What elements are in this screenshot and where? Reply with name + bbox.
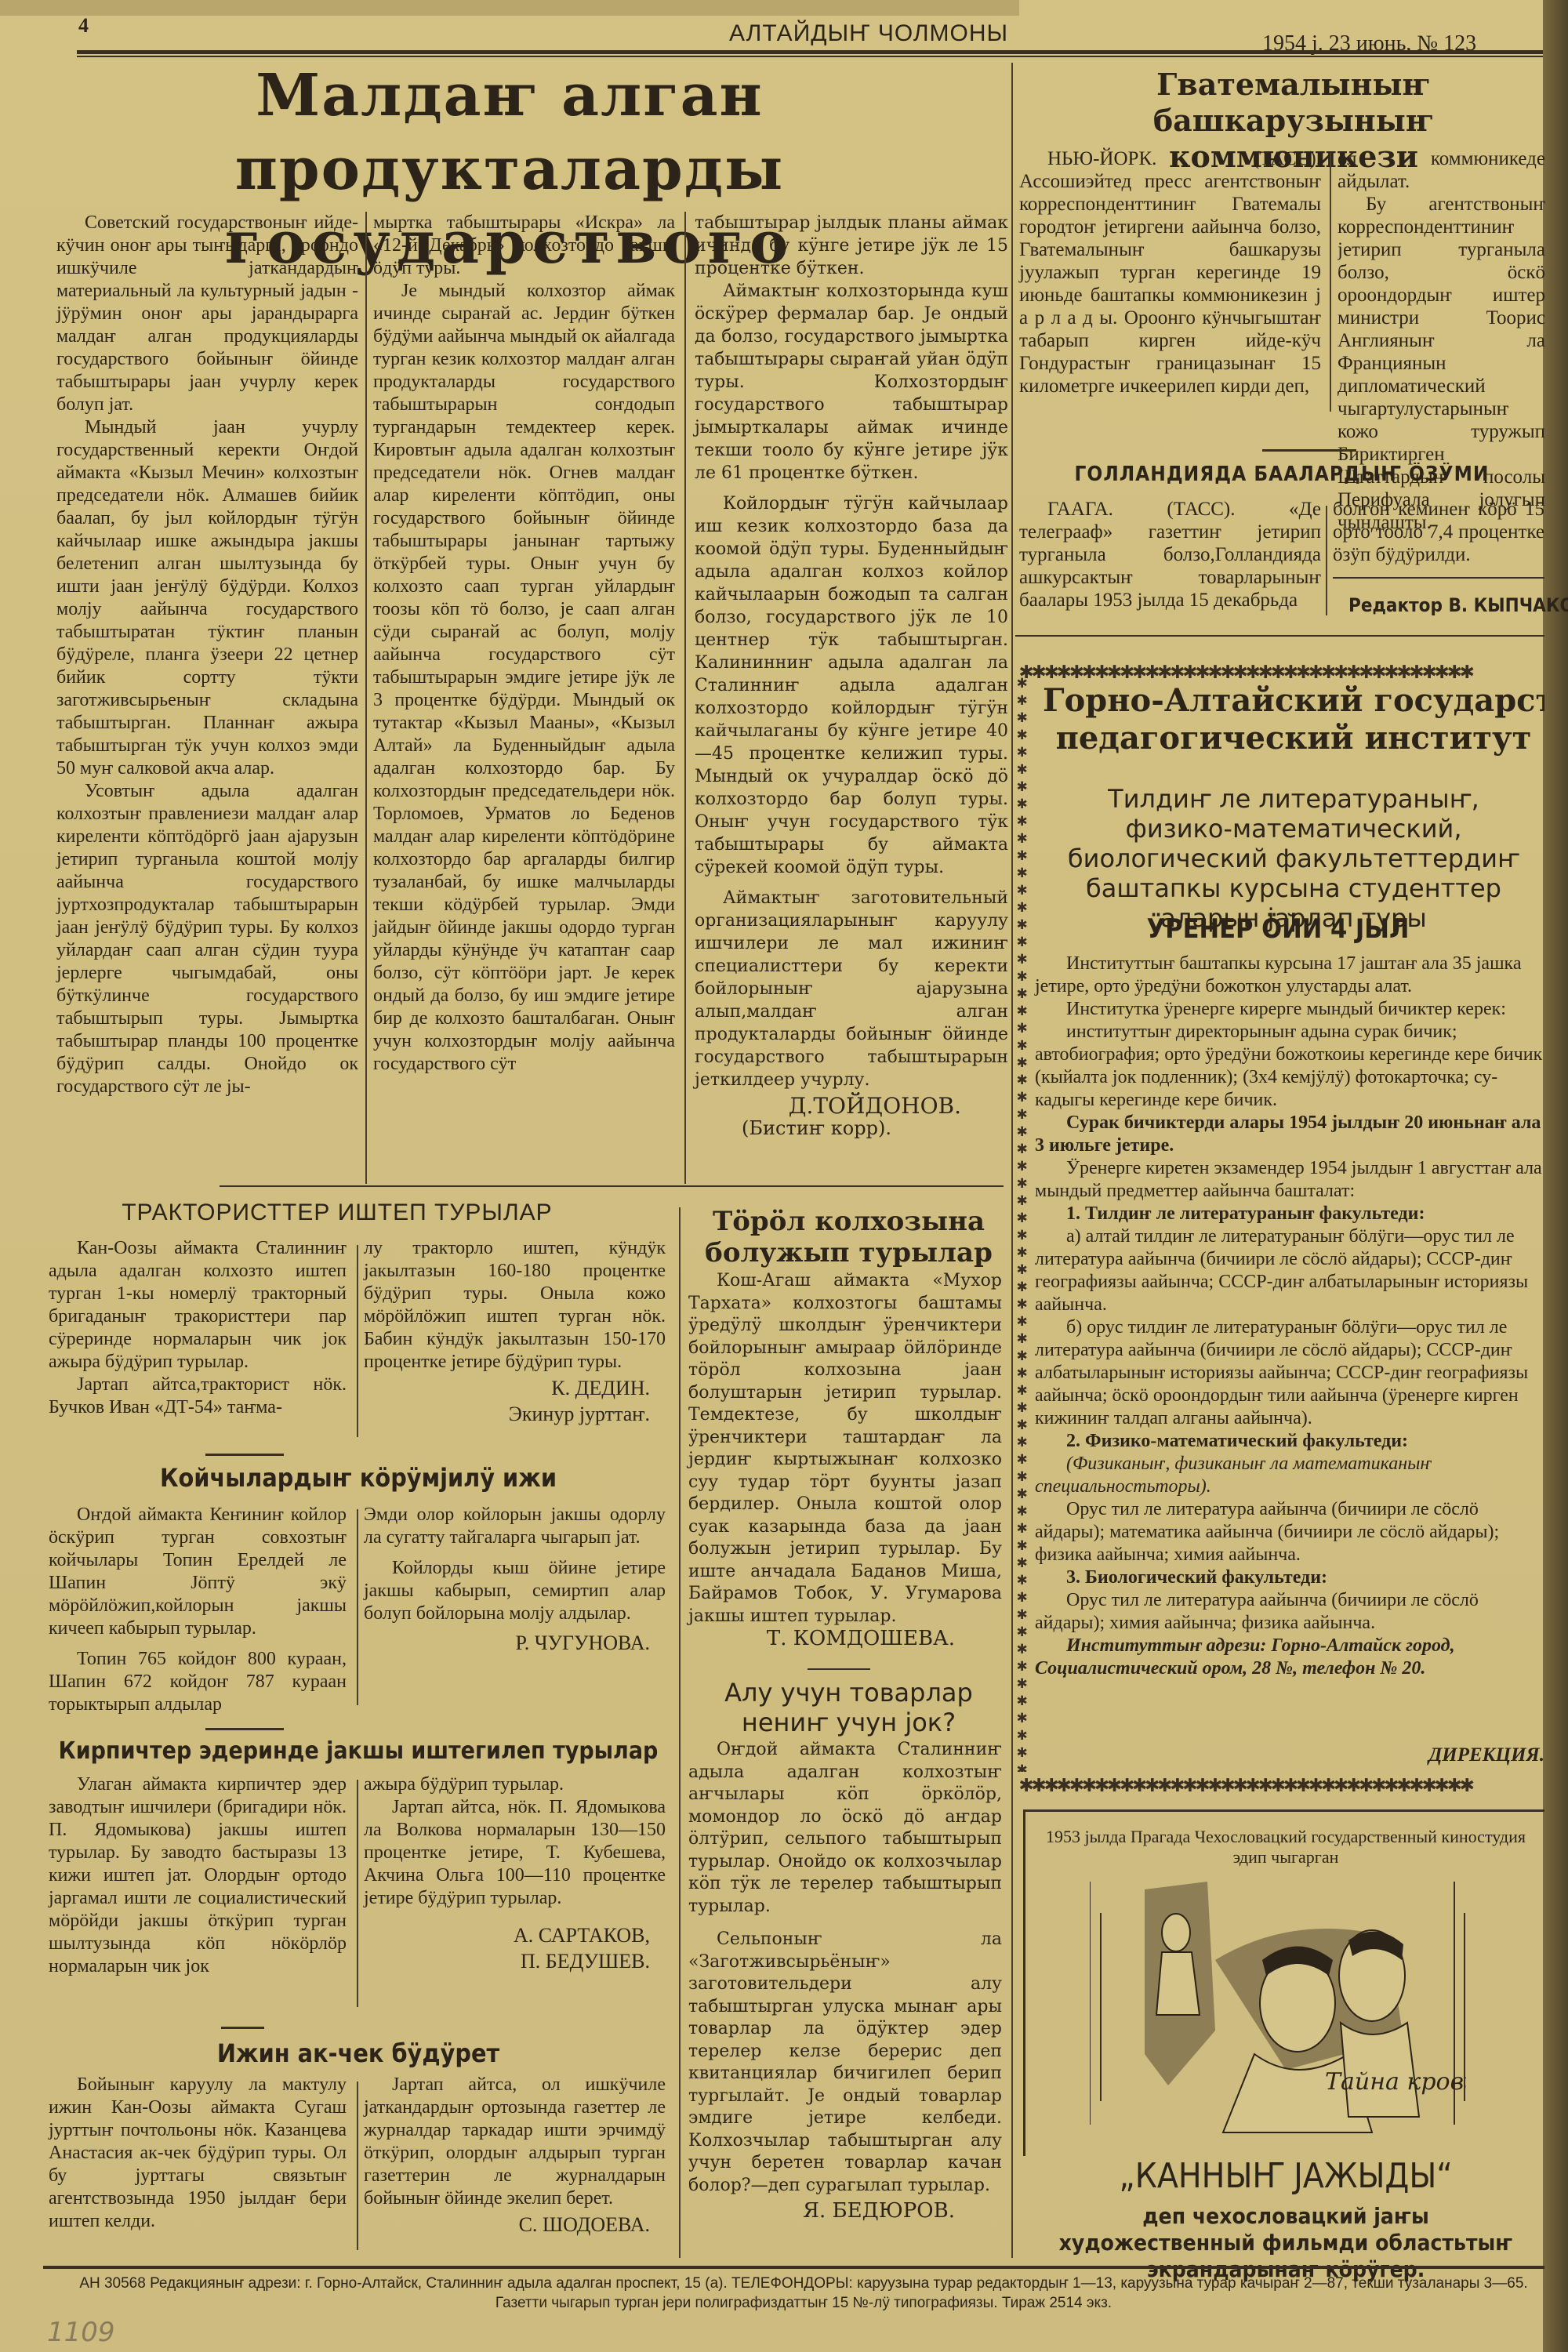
paragraph: ГААГА. (ТАСС). «Де телеграаф» газеттиҥ ј… [1019, 498, 1321, 612]
paragraph: лу тракторло иштеп, кӱндӱк јакылтазын 16… [364, 1237, 666, 1374]
paragraph: Кош-Агаш аймакта «Мухор Тархата» колхозт… [688, 1270, 1002, 1628]
paragraph: Аймактыҥ заготовительный организациялары… [695, 887, 1008, 1091]
goods-headline: Алу учун товарлар нениҥ учун јок? [686, 1678, 1011, 1737]
column-divider [357, 1245, 358, 1437]
bricks-headline: Кирпичтер эдеринде јакшы иштегилеп турыл… [49, 1737, 668, 1765]
institute-title-line2: педагогический институт [1043, 720, 1544, 757]
institute-title: Горно-Алтайский государственный педагоги… [1043, 682, 1544, 757]
goods-headline-line1: Алу учун товарлар [686, 1678, 1011, 1708]
institute-paragraph: 3. Биологический факультеди: [1035, 1566, 1544, 1589]
author-signature: Т. КОМДОШЕВА. [688, 1628, 1002, 1650]
institute-paragraph: Сурак бичиктерди алары 1954 јылдыҥ 20 ию… [1035, 1112, 1544, 1157]
section-rule [205, 1454, 284, 1456]
institute-signature: ДИРЕКЦИЯ. [1333, 1744, 1544, 1766]
torol-headline: Тӧрӧл колхозына болужып турылар [686, 1206, 1011, 1269]
section-rule [1262, 449, 1356, 452]
torol-body: Кош-Агаш аймакта «Мухор Тархата» колхозт… [688, 1270, 1002, 1650]
institute-paragraph: а) алтай тилдиҥ ле литератураныҥ бӧлӱги—… [1035, 1225, 1544, 1316]
institute-paragraph: Институттыҥ адрези: Горно-Алтайск город,… [1035, 1635, 1544, 1680]
column-divider [1330, 153, 1331, 412]
author-signature: Я. БЕДЮРОВ. [688, 2200, 1002, 2223]
main-article-col1: Советский государствоныҥ ийде-кӱчин оноҥ… [56, 212, 358, 1098]
holland-col1: ГААГА. (ТАСС). «Де телеграаф» газеттиҥ ј… [1019, 498, 1321, 612]
institute-paragraph: Ӱренерге киретен экзамендер 1954 јылдыҥ … [1035, 1157, 1544, 1203]
paragraph: ажыра бӱдӱрип турылар. [364, 1773, 666, 1796]
poster-script-text: Тайна крови [1325, 2068, 1466, 2096]
paragraph: Аймактыҥ колхозторында куш ӧскӱрер ферма… [695, 280, 1008, 485]
paragraph: болгон кеминеҥ кӧрӧ 15 орто тооло 7,4 пр… [1333, 498, 1544, 566]
editor-credit: Редактор В. КЫПЧАКОВ. [1348, 594, 1568, 616]
masthead-rule [77, 50, 1543, 54]
page-number: 4 [78, 14, 89, 38]
paragraph: НЬЮ-ЙОРК. (ТАСС). Ассошиэйтед пресс аген… [1019, 147, 1321, 397]
post-col2: Јартап айтса, ол ишкӱчиле јаткандардыҥ о… [364, 2074, 666, 2236]
handwritten-archive-number: 1109 [47, 2317, 115, 2348]
paragraph: Сельпоныҥ ла «Заготживсырьёныҥ» заготови… [688, 1929, 1002, 2197]
paragraph: Койлорды кыш ӧйине јетире јакшы кабырып,… [364, 1557, 666, 1625]
author-note: Экинур јурттаҥ. [364, 1403, 666, 1425]
guatemala-headline-line1: Гватемалыныҥ башкарузыныҥ [1043, 67, 1544, 139]
paragraph: Бойыныҥ каруулу ла мактулу ижин Кан-Оозы… [49, 2074, 347, 2233]
institute-details: Институттыҥ баштапкы курсына 17 јаштаҥ а… [1035, 953, 1544, 1680]
film-caption: 1953 јылда Прагада Чехословацкий государ… [1043, 1827, 1529, 1867]
paragraph: Оҥдой аймакта Кеҥиниҥ койлор ӧскӱрип тур… [49, 1504, 347, 1640]
column-divider [357, 1509, 358, 1705]
column-divider [357, 2082, 358, 2250]
holland-col2: болгон кеминеҥ кӧрӧ 15 орто тооло 7,4 пр… [1333, 498, 1544, 566]
paragraph: табыштырар јылдык планы аймак ичинде бу … [695, 212, 1008, 280]
post-headline: Ижин ак-чек бӱдӱрет [49, 2038, 668, 2068]
tractor-col2: лу тракторло иштеп, кӱндӱк јакылтазын 16… [364, 1237, 666, 1425]
tractor-headline: ТРАКТОРИСТТЕР ИШТЕП ТУРЫЛАР [110, 1200, 564, 1226]
section-rule [808, 1668, 870, 1670]
paragraph: Јартап айтса, ол ишкӱчиле јаткандардыҥ о… [364, 2074, 666, 2210]
torol-headline-line1: Тӧрӧл колхозына [686, 1206, 1011, 1237]
paragraph: мыртка табыштырары «Искра» ла «12-й Дека… [373, 212, 675, 280]
author-signature: А. САРТАКОВ, [364, 1924, 666, 1947]
imprint-footer: АН 30568 Редакцияныҥ адрези: г. Горно-Ал… [63, 2274, 1544, 2313]
star-border-bottom: ✱✱✱✱✱✱✱✱✱✱✱✱✱✱✱✱✱✱✱✱✱✱✱✱✱✱✱✱✱✱✱✱✱✱✱✱ [1019, 1770, 1544, 1798]
shepherds-col1: Оҥдой аймакта Кеҥиниҥ койлор ӧскӱрип тур… [49, 1504, 347, 1716]
section-rule [1015, 635, 1544, 637]
section-rule [1333, 577, 1544, 579]
column-divider [684, 212, 686, 1184]
institute-paragraph: б) орус тилдиҥ ле литератураныҥ бӧлӱги—о… [1035, 1316, 1544, 1430]
column-divider [1326, 506, 1327, 615]
institute-title-line1: Горно-Алтайский государственный [1043, 682, 1544, 720]
institute-paragraph: Институттыҥ баштапкы курсына 17 јаштаҥ а… [1035, 953, 1544, 998]
main-article-col2: мыртка табыштырары «Искра» ла «12-й Дека… [373, 212, 675, 1076]
section-rule [676, 1185, 728, 1187]
section-rule [220, 1185, 1004, 1187]
paragraph: Кан-Оозы аймакта Сталинниҥ адыла адалган… [49, 1237, 347, 1374]
shepherds-col2: Эмди олор койлорын јакшы одорлу ла сугат… [364, 1504, 666, 1654]
page-fold [0, 0, 1019, 16]
institute-paragraph: институттыҥ директорыныҥ адына сурак бич… [1035, 1021, 1544, 1112]
paragraph: Эмди олор койлорын јакшы одорлу ла сугат… [364, 1504, 666, 1549]
masthead-rule-thin [77, 56, 1543, 57]
column-divider [679, 1207, 681, 2258]
paragraph: Је мындый колхозтор аймак ичинде сыраҥай… [373, 280, 675, 1076]
paragraph: ол коммюникеде айдылат. [1338, 147, 1545, 193]
film-title: „КАННЫҤ ЈАЖЫДЫ“ [1043, 2156, 1529, 2196]
paragraph: Оҥдой аймакта Сталинниҥ адыла адалган ко… [688, 1739, 1002, 1918]
paragraph: Улаган аймакта кирпичтер эдер заводтыҥ и… [49, 1773, 347, 1978]
main-article-col3: табыштырар јылдык планы аймак ичинде бу … [695, 212, 1008, 1140]
institute-paragraph: 1. Тилдиҥ ле литератураныҥ факультеди: [1035, 1203, 1544, 1225]
institute-paragraph: Орус тил ле литература аайынча (бичиири … [1035, 1498, 1544, 1566]
goods-headline-line2: нениҥ учун јок? [686, 1708, 1011, 1737]
film-poster-illustration: Тайна крови [1090, 1866, 1466, 2140]
film-description: деп чехословацкий јаҥы художественный фи… [1043, 2203, 1529, 2283]
star-border-left: ✱✱✱✱✱✱✱✱✱✱✱✱✱✱✱✱✱✱✱✱✱✱✱✱✱✱✱✱✱✱✱✱✱✱✱✱✱✱✱✱… [1017, 674, 1034, 1772]
tractor-col1: Кан-Оозы аймакта Сталинниҥ адыла адалган… [49, 1237, 347, 1419]
newspaper-page: 4 АЛТАЙДЫҤ ЧОЛМОНЫ 1954 ј. 23 июнь, № 12… [0, 0, 1568, 2352]
bricks-col1: Улаган аймакта кирпичтер эдер заводтыҥ и… [49, 1773, 347, 1978]
institute-paragraph: Институтка ӱренерге кирерге мындый бичик… [1035, 998, 1544, 1021]
holland-headline: ГОЛЛАНДИЯДА БААЛАРДЫҤ ӦЗӰМИ [1019, 463, 1544, 486]
paragraph: Советский государствоныҥ ийде-кӱчин оноҥ… [56, 212, 358, 416]
study-duration: ӰРЕНЕР ӦЙИ 4 ЈЫЛ [1043, 913, 1513, 945]
author-signature: Р. ЧУГУНОВА. [364, 1632, 666, 1654]
author-signature: Д.ТОЙДОНОВ. [695, 1094, 1008, 1117]
torol-headline-line2: болужып турылар [686, 1237, 1011, 1269]
star-border-top: ✱✱✱✱✱✱✱✱✱✱✱✱✱✱✱✱✱✱✱✱✱✱✱✱✱✱✱✱✱✱✱✱✱✱✱✱ [1019, 657, 1544, 684]
section-rule [221, 2027, 264, 2029]
post-col1: Бойыныҥ каруулу ла мактулу ижин Кан-Оозы… [49, 2074, 347, 2233]
paragraph: Койлордыҥ тӱгӱн кайчылаар иш кезик колхо… [695, 492, 1008, 879]
author-signature: С. ШОДОЕВА. [364, 2213, 666, 2236]
footer-rule [43, 2266, 1544, 2269]
bricks-col2: ажыра бӱдӱрип турылар. Јартап айтса, нӧк… [364, 1773, 666, 1973]
paragraph: Топин 765 койдоҥ 800 кураан, Шапин 672 к… [49, 1648, 347, 1716]
author-signature: П. БЕДУШЕВ. [364, 1950, 666, 1973]
shepherds-headline: Койчылардыҥ кӧрӱмјилӱ ижи [49, 1463, 668, 1493]
section-rule [205, 1728, 284, 1730]
paragraph: Усовтыҥ адыла адалган колхозтыҥ правлени… [56, 780, 358, 1098]
paragraph: Јартап айтса,тракторист нӧк. Бучков Иван… [49, 1374, 347, 1419]
column-divider [1011, 63, 1013, 2258]
author-note: (Бистиҥ корр). [695, 1117, 1008, 1140]
paragraph: Мындый јаан учурлу государственный керек… [56, 416, 358, 780]
binding-edge [1543, 0, 1568, 2352]
institute-paragraph: 2. Физико-математический факультеди: [1035, 1430, 1544, 1453]
column-divider [357, 1780, 358, 2007]
goods-body: Оҥдой аймакта Сталинниҥ адыла адалган ко… [688, 1739, 1002, 2223]
institute-paragraph: (Физиканыҥ, физиканыҥ ла математиканыҥ с… [1035, 1453, 1544, 1498]
author-signature: К. ДЕДИН. [364, 1377, 666, 1399]
main-headline-line1: Малдаҥ алган продукталарды [94, 59, 925, 206]
newspaper-title: АЛТАЙДЫҤ ЧОЛМОНЫ [729, 20, 1008, 47]
institute-subtitle: Тилдиҥ ле литератураныҥ, физико-математи… [1054, 784, 1533, 933]
guatemala-col1: НЬЮ-ЙОРК. (ТАСС). Ассошиэйтед пресс аген… [1019, 147, 1321, 397]
column-divider [365, 212, 367, 1184]
paragraph: Јартап айтса, нӧк. П. Ядомыкова ла Волко… [364, 1796, 666, 1910]
institute-paragraph: Орус тил ле литература аайынча (бичиири … [1035, 1589, 1544, 1635]
